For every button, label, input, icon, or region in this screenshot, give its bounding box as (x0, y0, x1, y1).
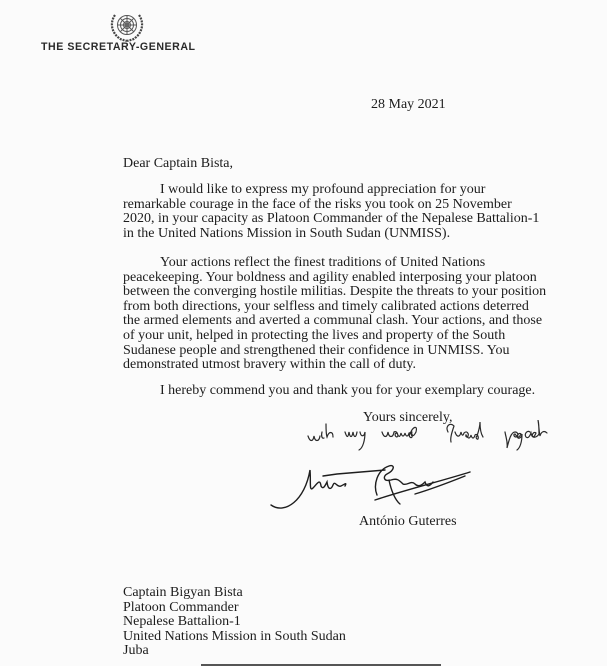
letterhead-title: THE SECRETARY-GENERAL (41, 41, 196, 53)
letterhead: THE SECRETARY-GENERAL (0, 0, 250, 60)
un-emblem-icon (108, 10, 146, 44)
body-paragraph: Your actions reflect the finest traditio… (123, 256, 548, 373)
paragraph-text: I hereby commend you and thank you for y… (160, 383, 535, 398)
address-line: Platoon Commander (123, 601, 346, 616)
paragraph-text: Your actions reflect the finest traditio… (123, 255, 546, 372)
address-line: Nepalese Battalion-1 (123, 615, 346, 630)
address-line: Captain Bigyan Bista (123, 586, 346, 601)
salutation: Dear Captain Bista, (123, 156, 233, 172)
address-line: Juba (123, 644, 346, 659)
body-paragraph: I hereby commend you and thank you for y… (123, 384, 553, 399)
body-paragraph: I would like to express my profound appr… (123, 183, 543, 241)
paragraph-text: I would like to express my profound appr… (123, 182, 539, 241)
handwritten-signature (265, 460, 495, 515)
signer-name: António Guterres (359, 514, 457, 530)
handwritten-note: with my warmest personal regards (300, 420, 595, 460)
letter-date: 28 May 2021 (371, 97, 446, 113)
recipient-address: Captain Bigyan Bista Platoon Commander N… (123, 586, 346, 659)
address-line: United Nations Mission in South Sudan (123, 630, 346, 645)
